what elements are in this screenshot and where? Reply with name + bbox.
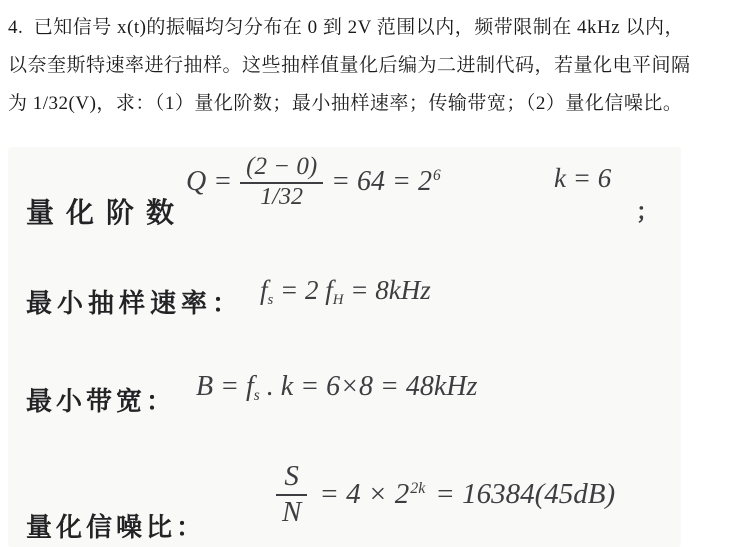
label-quantization-levels: 量化阶数 <box>26 191 186 231</box>
label-min-bandwidth: 最小带宽： <box>26 381 176 418</box>
subscript-s: s <box>268 292 274 308</box>
formula-snr-result: = 16384(45dB) <box>435 478 615 511</box>
fraction-q-denominator: 1/32 <box>260 184 303 211</box>
formula-min-bandwidth: B = fs . k = 6×8 = 48kHz <box>196 371 477 403</box>
fraction-q: (2 − 0) 1/32 <box>240 153 323 211</box>
label-quantization-snr: 量化信噪比： <box>26 507 206 544</box>
solution-image-panel: 量化阶数 Q = (2 − 0) 1/32 = 64 = 26 k = 6 ； … <box>8 147 681 547</box>
semicolon: ； <box>636 193 659 226</box>
label-min-sampling-rate: 最小抽样速率： <box>26 283 243 320</box>
formula-q-lhs: Q = <box>186 166 232 198</box>
formula-snr-mid: = 4 × 22k <box>319 478 425 511</box>
fraction-snr-numerator: S <box>276 461 307 496</box>
subscript-s: s <box>254 387 260 404</box>
formula-min-sampling-rate: fs = 2 fH = 8kHz <box>260 275 431 306</box>
formula-k-result: k = 6 <box>554 163 611 194</box>
exponent-6: 6 <box>433 167 441 184</box>
formula-quantization-snr: S N = 4 × 22k = 16384(45dB) <box>274 461 615 529</box>
problem-line-1: 4. 已知信号 x(t)的振幅均匀分布在 0 到 2V 范围以内，频带限制在 4… <box>8 12 684 39</box>
fraction-q-numerator: (2 − 0) <box>240 153 323 184</box>
problem-line-3: 为 1/32(V)，求：（1）量化阶数；最小抽样速率；传输带宽；（2）量化信噪比… <box>8 88 682 115</box>
fraction-snr-denominator: N <box>274 496 309 528</box>
formula-q-result: = 64 = 26 <box>331 166 441 198</box>
fraction-s-over-n: S N <box>274 461 309 529</box>
problem-line-2: 以奈奎斯特速率进行抽样。这些抽样值量化后编为二进制代码，若量化电平间隔 <box>8 50 691 77</box>
subscript-H: H <box>333 292 344 308</box>
exponent-2k: 2k <box>410 480 425 497</box>
formula-quantization-levels: Q = (2 − 0) 1/32 = 64 = 26 <box>186 153 441 211</box>
